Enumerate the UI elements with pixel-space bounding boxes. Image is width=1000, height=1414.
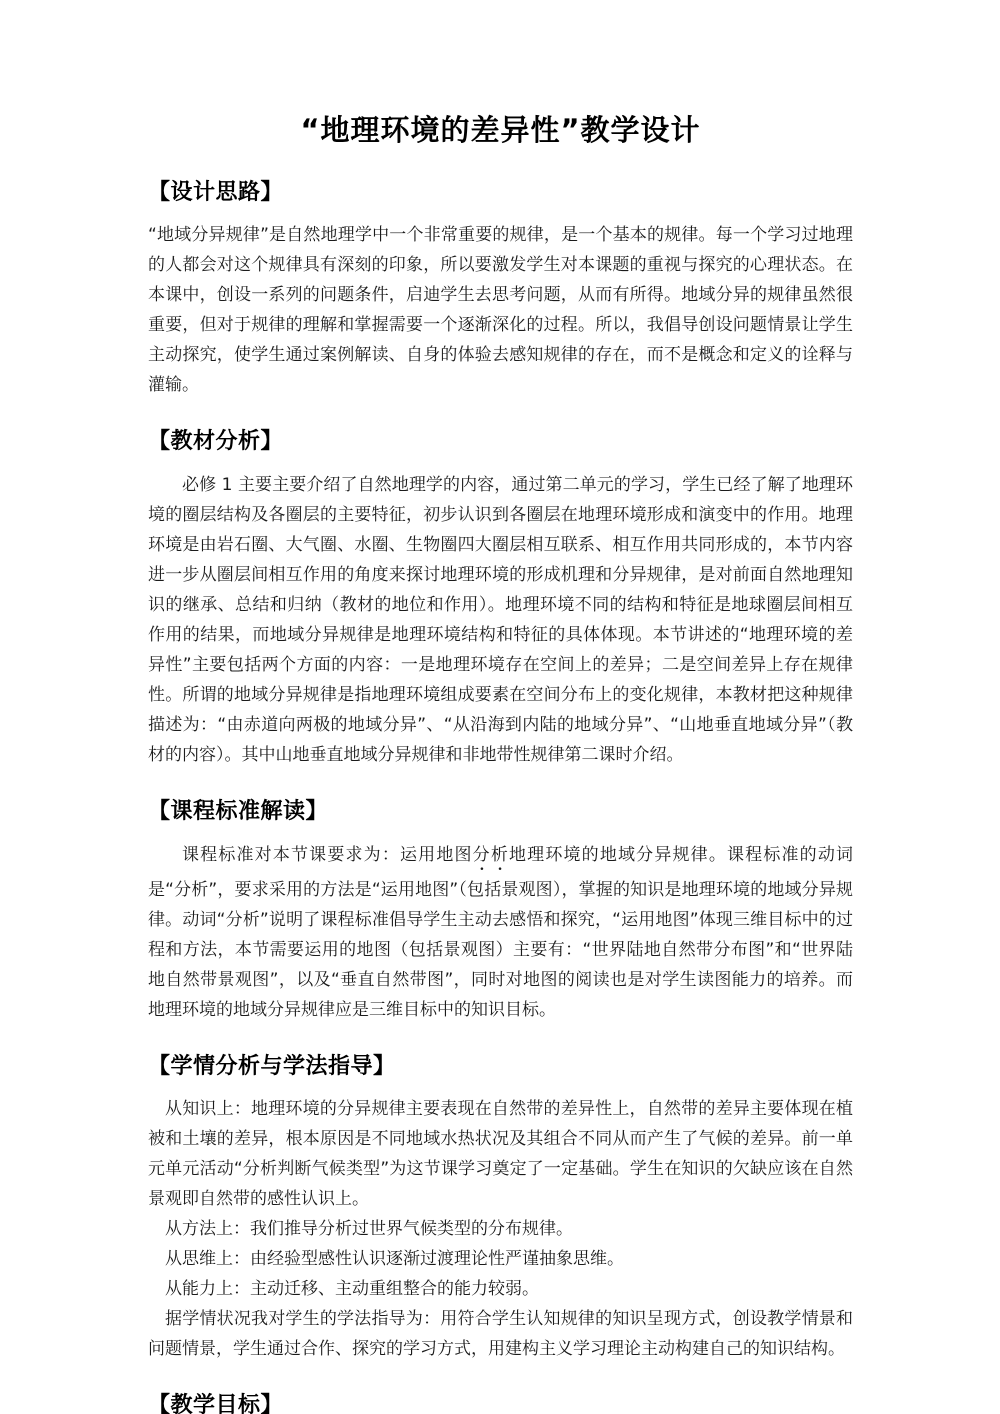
course-standard-text-after: 地理环境的地域分异规律。课程标准的动词是“分析”，要求采用的方法是“运用地图”（… bbox=[148, 845, 853, 1020]
section-learner-analysis: 【学情分析与学法指导】 从知识上：地理环境的分异规律主要表现在自然带的差异性上，… bbox=[148, 1052, 853, 1365]
course-standard-text-before: 课程标准对本节课要求为：运用地图 bbox=[182, 845, 473, 865]
heading-course-standard: 【课程标准解读】 bbox=[148, 797, 853, 827]
heading-design-thinking: 【设计思路】 bbox=[148, 178, 853, 208]
section-teaching-goals: 【教学目标】 bbox=[148, 1391, 853, 1414]
document-page: “地理环境的差异性”教学设计 【设计思路】 “地域分异规律”是自然地理学中一个非… bbox=[0, 0, 1000, 1414]
paragraph-learner-guidance: 据学情状况我对学生的学法指导为：用符合学生认知规律的知识呈现方式，创设教学情景和… bbox=[148, 1304, 853, 1364]
section-design-thinking: 【设计思路】 “地域分异规律”是自然地理学中一个非常重要的规律，是一个基本的规律… bbox=[148, 178, 853, 401]
paragraph-learner-ability: 从能力上：主动迁移、主动重组整合的能力较弱。 bbox=[148, 1274, 853, 1304]
document-title: “地理环境的差异性”教学设计 bbox=[148, 110, 853, 151]
heading-textbook-analysis: 【教材分析】 bbox=[148, 427, 853, 457]
section-course-standard: 【课程标准解读】 课程标准对本节课要求为：运用地图分析地理环境的地域分异规律。课… bbox=[148, 797, 853, 1025]
paragraph-learner-thinking: 从思维上：由经验型感性认识逐渐过渡理论性严谨抽象思维。 bbox=[148, 1244, 853, 1274]
emphasized-word: 分析 bbox=[473, 845, 509, 865]
paragraph-textbook-analysis: 必修 1 主要主要介绍了自然地理学的内容，通过第二单元的学习，学生已经了解了地理… bbox=[148, 470, 853, 770]
paragraph-course-standard: 课程标准对本节课要求为：运用地图分析地理环境的地域分异规律。课程标准的动词是“分… bbox=[148, 840, 853, 1025]
heading-teaching-goals: 【教学目标】 bbox=[148, 1391, 853, 1414]
heading-learner-analysis: 【学情分析与学法指导】 bbox=[148, 1052, 853, 1082]
paragraph-learner-method: 从方法上：我们推导分析过世界气候类型的分布规律。 bbox=[148, 1214, 853, 1244]
section-textbook-analysis: 【教材分析】 必修 1 主要主要介绍了自然地理学的内容，通过第二单元的学习，学生… bbox=[148, 427, 853, 770]
paragraph-learner-knowledge: 从知识上：地理环境的分异规律主要表现在自然带的差异性上，自然带的差异主要体现在植… bbox=[148, 1094, 853, 1214]
paragraph-design-thinking: “地域分异规律”是自然地理学中一个非常重要的规律，是一个基本的规律。每一个学习过… bbox=[148, 220, 853, 400]
